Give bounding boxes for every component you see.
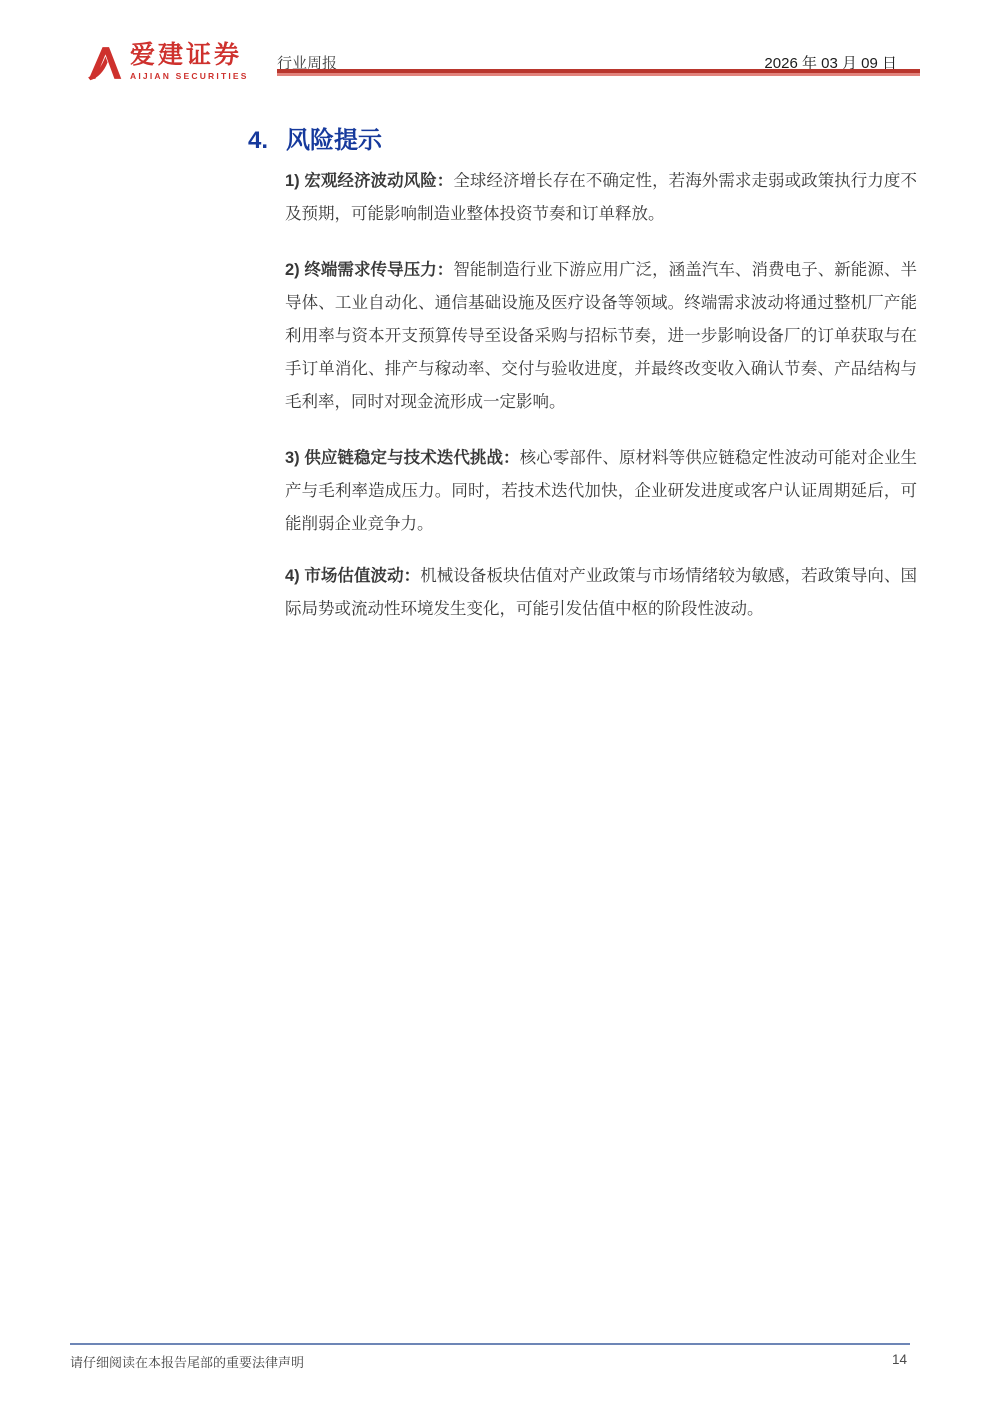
risk-3-lead: 3) 供应链稳定与技术迭代挑战： — [285, 449, 520, 467]
page-number: 14 — [892, 1352, 907, 1367]
header-divider — [277, 69, 920, 76]
section-title: 4. 风险提示 — [248, 120, 382, 155]
risk-2-lead: 2) 终端需求传导压力： — [285, 261, 453, 279]
risk-paragraph-4: 4) 市场估值波动：机械设备板块估值对产业政策与市场情绪较为敏感，若政策导向、国… — [285, 560, 917, 626]
brand-name-cn: 爱建证券 — [130, 42, 249, 68]
risk-paragraph-1: 1) 宏观经济波动风险：全球经济增长存在不确定性，若海外需求走弱或政策执行力度不… — [285, 165, 917, 231]
section-number: 4. — [248, 127, 268, 155]
risk-paragraph-2: 2) 终端需求传导压力：智能制造行业下游应用广泛，涵盖汽车、消费电子、新能源、半… — [285, 254, 917, 419]
footer-divider — [70, 1343, 910, 1345]
aijian-a-logo-icon — [86, 42, 122, 84]
risk-4-lead: 4) 市场估值波动： — [285, 567, 420, 585]
report-page: 爱建证券 AIJIAN SECURITIES 行业周报 2026 年 03 月 … — [0, 0, 1000, 1414]
brand-text: 爱建证券 AIJIAN SECURITIES — [130, 42, 249, 81]
section-heading-text: 风险提示 — [286, 120, 382, 155]
risk-1-lead: 1) 宏观经济波动风险： — [285, 172, 453, 190]
risk-paragraph-3: 3) 供应链稳定与技术迭代挑战：核心零部件、原材料等供应链稳定性波动可能对企业生… — [285, 442, 917, 541]
company-logo: 爱建证券 AIJIAN SECURITIES — [86, 42, 249, 84]
footer-disclaimer: 请仔细阅读在本报告尾部的重要法律声明 — [70, 1352, 304, 1371]
risk-2-body: 智能制造行业下游应用广泛，涵盖汽车、消费电子、新能源、半导体、工业自动化、通信基… — [285, 261, 917, 411]
brand-name-en: AIJIAN SECURITIES — [130, 71, 249, 81]
